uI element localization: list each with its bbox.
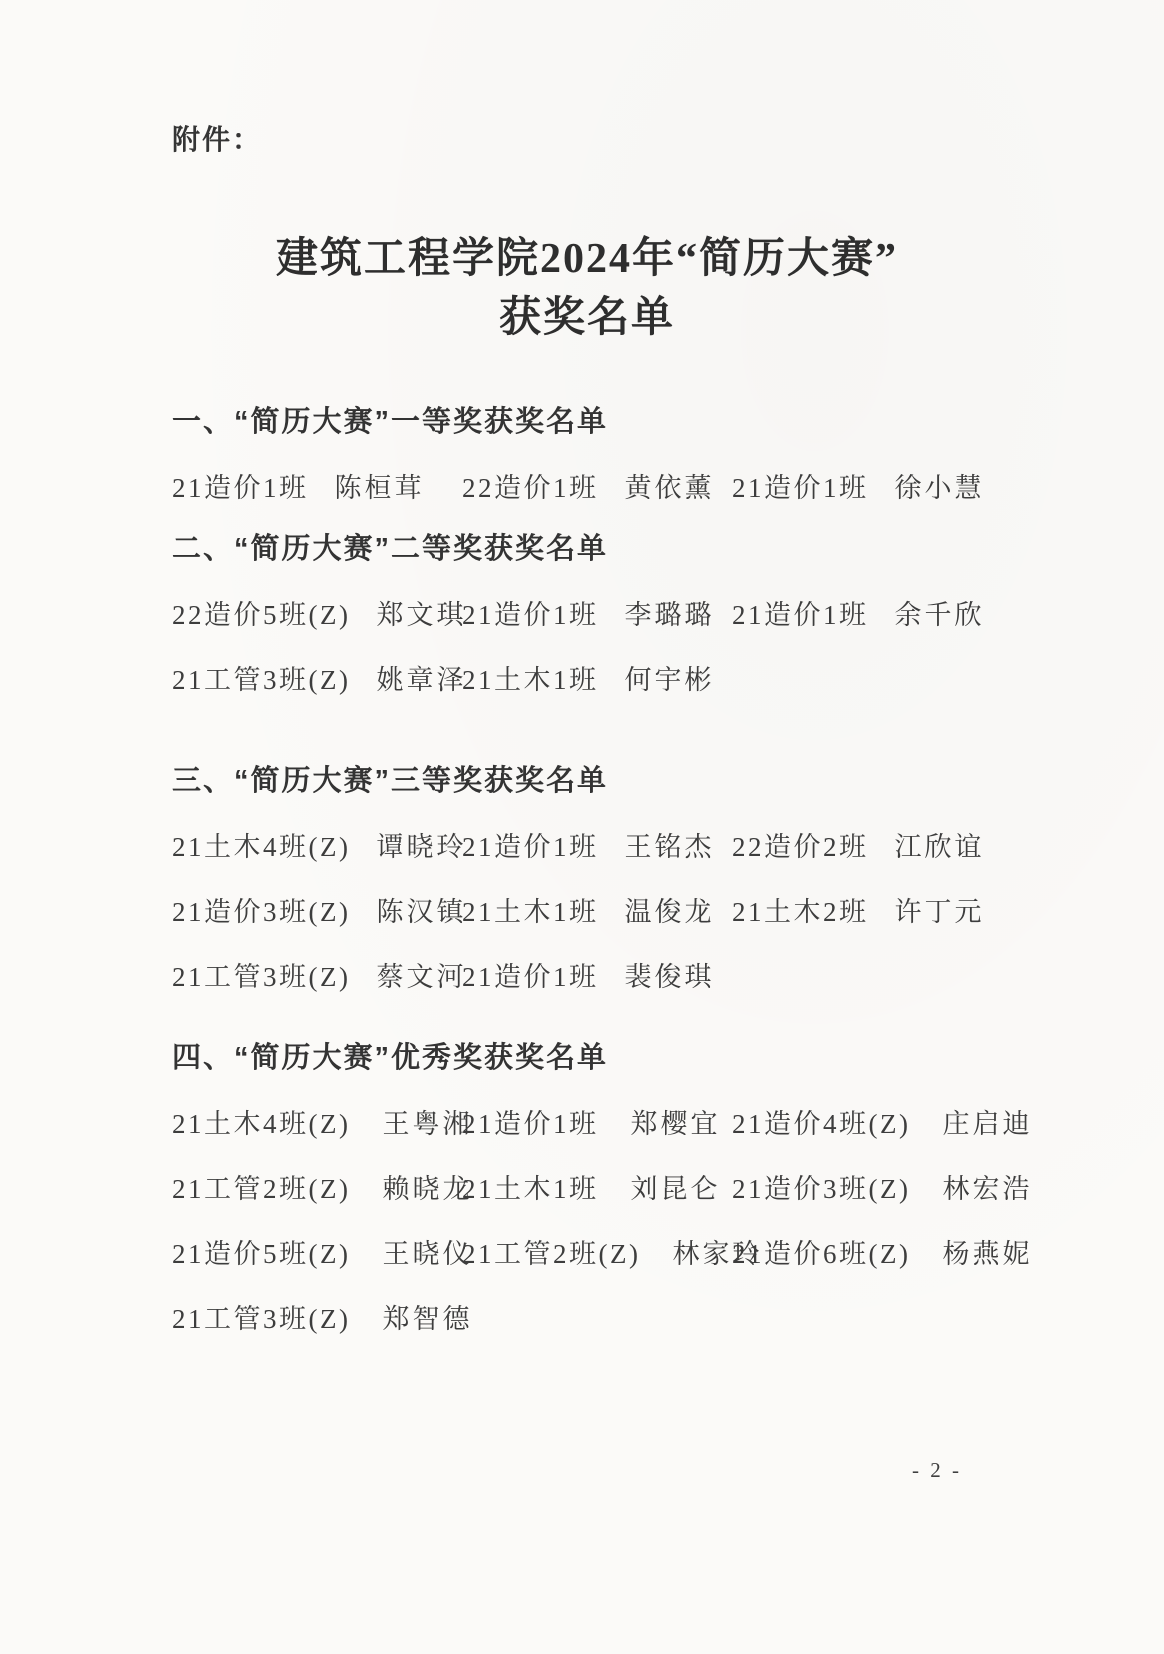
student-name: 王晓仪 [382, 1239, 472, 1269]
class-label: 21工管2班(Z) [172, 1174, 350, 1204]
student-name: 杨燕妮 [942, 1239, 1032, 1269]
student-name: 郑文琪 [376, 600, 466, 630]
award-entry: 21造价3班(Z)林宏浩 [732, 1170, 1032, 1208]
class-label: 21工管3班(Z) [172, 1304, 350, 1334]
award-entry: 21土木1班温俊龙 [462, 893, 732, 931]
class-label: 21造价1班 [462, 962, 599, 992]
student-name: 赖晓龙 [382, 1174, 472, 1204]
student-name: 王粤湘 [382, 1109, 472, 1139]
student-name: 刘昆仑 [631, 1174, 721, 1204]
award-entry: 22造价5班(Z)郑文琪 [172, 596, 462, 634]
class-label: 21造价1班 [172, 473, 309, 503]
class-label: 21造价1班 [462, 600, 599, 630]
section-first-prize: 一、“简历大赛”一等奖获奖名单21造价1班陈桓茸22造价1班黄依薰21造价1班徐… [172, 402, 1002, 507]
award-entry: 21造价1班裴俊琪 [462, 958, 732, 996]
student-name: 余千欣 [895, 600, 985, 630]
award-entry: 21土木4班(Z)王粤湘 [172, 1105, 462, 1143]
award-entry: 21土木4班(Z)谭晓玲 [172, 828, 462, 866]
class-label: 21土木4班(Z) [172, 1109, 350, 1139]
class-label: 21造价3班(Z) [732, 1174, 910, 1204]
page-number: - 2 - [912, 1458, 962, 1483]
student-name: 谭晓玲 [376, 832, 466, 862]
section-heading: 四、“简历大赛”优秀奖获奖名单 [172, 1038, 1002, 1078]
class-label: 21造价4班(Z) [732, 1109, 910, 1139]
class-label: 21造价6班(Z) [732, 1239, 910, 1269]
class-label: 21工管3班(Z) [172, 665, 350, 695]
sections: 一、“简历大赛”一等奖获奖名单21造价1班陈桓茸22造价1班黄依薰21造价1班徐… [172, 402, 1002, 1338]
section-heading: 二、“简历大赛”二等奖获奖名单 [172, 529, 1002, 569]
class-label: 21造价1班 [732, 600, 869, 630]
student-name: 李璐璐 [625, 600, 715, 630]
award-entry: 21工管2班(Z)林家玲 [462, 1235, 732, 1273]
award-row: 21工管3班(Z)蔡文河21造价1班裴俊琪 [172, 958, 1002, 996]
award-entry: 22造价2班江欣谊 [732, 828, 1002, 866]
award-entry: 21工管3班(Z)郑智德 [172, 1300, 462, 1338]
document-title: 建筑工程学院2024年“简历大赛” 获奖名单 [172, 230, 1002, 348]
section-excellence-award: 四、“简历大赛”优秀奖获奖名单21土木4班(Z)王粤湘21造价1班郑樱宜21造价… [172, 1038, 1002, 1338]
student-name: 许丁元 [895, 897, 985, 927]
class-label: 21工管2班(Z) [462, 1239, 640, 1269]
student-name: 庄启迪 [942, 1109, 1032, 1139]
class-label: 21土木1班 [462, 897, 599, 927]
award-entry: 21土木2班许丁元 [732, 893, 1002, 931]
class-label: 21造价3班(Z) [172, 897, 350, 927]
student-name: 何宇彬 [625, 665, 715, 695]
scanned-page: 附件： 建筑工程学院2024年“简历大赛” 获奖名单 一、“简历大赛”一等奖获奖… [172, 0, 1002, 1338]
award-entry: 21造价6班(Z)杨燕妮 [732, 1235, 1032, 1273]
class-label: 21造价1班 [462, 1109, 599, 1139]
award-entry: 21造价3班(Z)陈汉镇 [172, 893, 462, 931]
title-line-2: 获奖名单 [172, 289, 1002, 348]
section-second-prize: 二、“简历大赛”二等奖获奖名单22造价5班(Z)郑文琪21造价1班李璐璐21造价… [172, 529, 1002, 699]
class-label: 22造价1班 [462, 473, 599, 503]
class-label: 21土木4班(Z) [172, 832, 350, 862]
student-name: 陈汉镇 [376, 897, 466, 927]
award-entry: 21造价4班(Z)庄启迪 [732, 1105, 1032, 1143]
award-row: 21造价5班(Z)王晓仪21工管2班(Z)林家玲21造价6班(Z)杨燕妮 [172, 1235, 1002, 1273]
award-entry: 21造价1班王铭杰 [462, 828, 732, 866]
award-entry: 21造价5班(Z)王晓仪 [172, 1235, 462, 1273]
student-name: 王铭杰 [625, 832, 715, 862]
student-name: 江欣谊 [895, 832, 985, 862]
class-label: 21土木1班 [462, 665, 599, 695]
student-name: 黄依薰 [625, 473, 715, 503]
class-label: 21造价1班 [462, 832, 599, 862]
student-name: 徐小慧 [895, 473, 985, 503]
award-entry: 21造价1班徐小慧 [732, 469, 1002, 507]
award-row: 21工管3班(Z)郑智德 [172, 1300, 1002, 1338]
class-label: 22造价5班(Z) [172, 600, 350, 630]
title-line-1: 建筑工程学院2024年“简历大赛” [172, 230, 1002, 289]
student-name: 林宏浩 [942, 1174, 1032, 1204]
award-entry: 21土木1班刘昆仑 [462, 1170, 732, 1208]
award-entry: 22造价1班黄依薰 [462, 469, 732, 507]
attachment-label: 附件： [172, 118, 1002, 158]
section-heading: 一、“简历大赛”一等奖获奖名单 [172, 402, 1002, 442]
award-row: 21工管3班(Z)姚章泽21土木1班何宇彬 [172, 661, 1002, 699]
award-row: 21造价1班陈桓茸22造价1班黄依薰21造价1班徐小慧 [172, 469, 1002, 507]
class-label: 21造价5班(Z) [172, 1239, 350, 1269]
class-label: 21工管3班(Z) [172, 962, 350, 992]
award-entry: 21土木1班何宇彬 [462, 661, 732, 699]
award-entry: 21工管2班(Z)赖晓龙 [172, 1170, 462, 1208]
student-name: 陈桓茸 [335, 473, 425, 503]
award-row: 21土木4班(Z)谭晓玲21造价1班王铭杰22造价2班江欣谊 [172, 828, 1002, 866]
student-name: 裴俊琪 [625, 962, 715, 992]
award-entry: 21造价1班李璐璐 [462, 596, 732, 634]
award-row: 21土木4班(Z)王粤湘21造价1班郑樱宜21造价4班(Z)庄启迪 [172, 1105, 1002, 1143]
class-label: 22造价2班 [732, 832, 869, 862]
student-name: 温俊龙 [625, 897, 715, 927]
award-row: 21工管2班(Z)赖晓龙21土木1班刘昆仑21造价3班(Z)林宏浩 [172, 1170, 1002, 1208]
award-entry: 21造价1班余千欣 [732, 596, 1002, 634]
student-name: 姚章泽 [376, 665, 466, 695]
class-label: 21土木2班 [732, 897, 869, 927]
award-entry: 21工管3班(Z)蔡文河 [172, 958, 462, 996]
student-name: 蔡文河 [376, 962, 466, 992]
award-row: 21造价3班(Z)陈汉镇21土木1班温俊龙21土木2班许丁元 [172, 893, 1002, 931]
award-entry: 21工管3班(Z)姚章泽 [172, 661, 462, 699]
student-name: 郑樱宜 [631, 1109, 721, 1139]
student-name: 郑智德 [382, 1304, 472, 1334]
award-row: 22造价5班(Z)郑文琪21造价1班李璐璐21造价1班余千欣 [172, 596, 1002, 634]
award-entry: 21造价1班陈桓茸 [172, 469, 462, 507]
class-label: 21土木1班 [462, 1174, 599, 1204]
award-entry: 21造价1班郑樱宜 [462, 1105, 732, 1143]
section-third-prize: 三、“简历大赛”三等奖获奖名单21土木4班(Z)谭晓玲21造价1班王铭杰22造价… [172, 761, 1002, 996]
class-label: 21造价1班 [732, 473, 869, 503]
section-heading: 三、“简历大赛”三等奖获奖名单 [172, 761, 1002, 801]
